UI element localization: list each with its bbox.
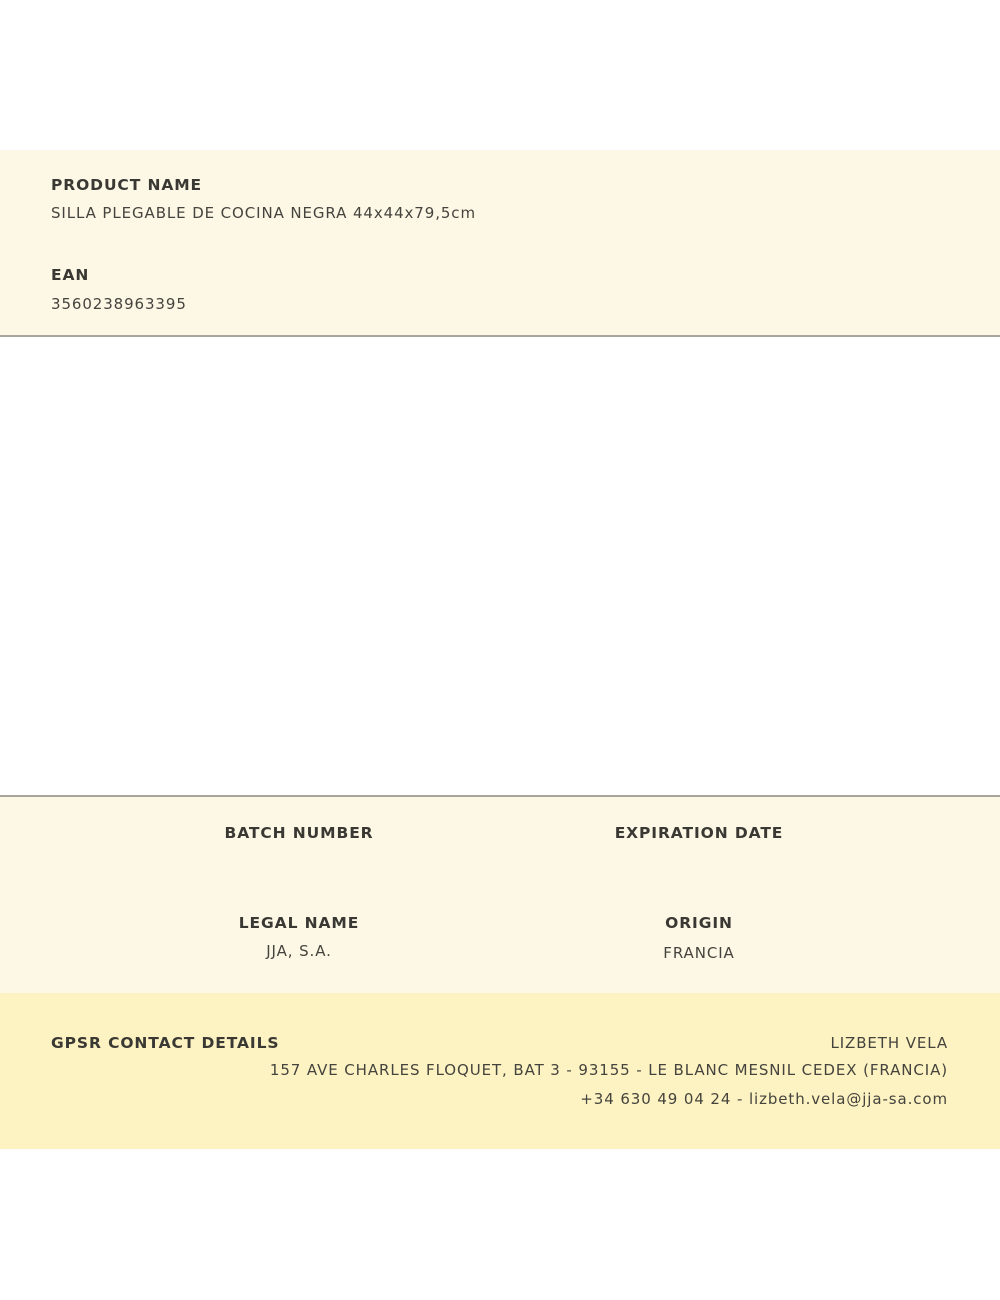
details-section xyxy=(0,795,1000,995)
gpsr-contact-label: GPSR CONTACT DETAILS xyxy=(51,1034,279,1052)
origin-label: ORIGIN xyxy=(665,914,733,932)
legal-name-value: JJA, S.A. xyxy=(266,942,332,960)
gpsr-contact-phone-email: +34 630 49 04 24 - lizbeth.vela@jja-sa.c… xyxy=(580,1090,948,1108)
ean-value: 3560238963395 xyxy=(51,295,187,313)
origin-value: FRANCIA xyxy=(663,944,734,962)
gpsr-contact-address: 157 AVE CHARLES FLOQUET, BAT 3 - 93155 -… xyxy=(270,1061,948,1079)
product-name-label: PRODUCT NAME xyxy=(51,176,202,194)
legal-name-label: LEGAL NAME xyxy=(239,914,359,932)
expiration-date-label: EXPIRATION DATE xyxy=(615,824,784,842)
ean-label: EAN xyxy=(51,266,89,284)
batch-number-label: BATCH NUMBER xyxy=(224,824,373,842)
product-name-value: SILLA PLEGABLE DE COCINA NEGRA 44x44x79,… xyxy=(51,204,476,222)
gpsr-contact-name: LIZBETH VELA xyxy=(830,1034,948,1052)
